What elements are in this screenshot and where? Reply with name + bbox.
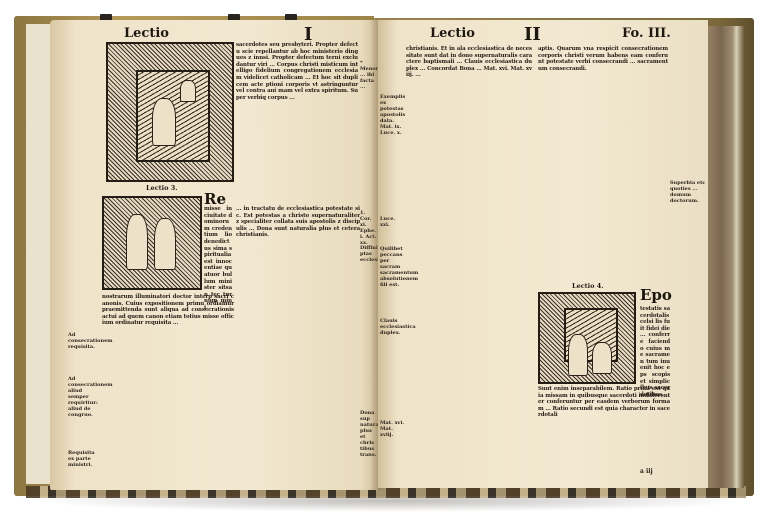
margin-note: Luce. xxi.: [380, 216, 406, 228]
running-head: Lectio: [124, 26, 169, 41]
text-column: misse in ciuitate dominorum credentium l…: [204, 206, 232, 292]
running-number: II: [524, 24, 541, 45]
margin-note: Mat. ix. Luce. x.: [380, 124, 406, 136]
fore-edge: [706, 26, 744, 488]
signature-mark: a iij: [640, 468, 653, 475]
margin-note: Ad consecrationem aliud semper requiritu…: [68, 376, 98, 418]
section-heading: Lectio 3.: [146, 184, 178, 192]
margin-note: Ad consecrationem requisita.: [68, 332, 98, 350]
book-photograph: Lectio I sacerdotes seu presbyteri. Prop…: [0, 0, 768, 525]
folio-number: Fo. III.: [622, 26, 671, 41]
initial-letter: Epo: [640, 286, 672, 304]
text-column: aptis. Quarum vna respicit consecratione…: [538, 46, 668, 282]
right-page: Lectio II Fo. III. christianis. Et in al…: [378, 20, 708, 488]
margin-note: Requisita ex parte ministri.: [68, 450, 98, 468]
woodcut-initial-illustration: [538, 292, 636, 384]
margin-note: Clauis ecclesiastica duplex.: [380, 318, 406, 336]
section-heading: Lectio 4.: [572, 282, 604, 290]
text-column: Sunt enim inseparabilem. Ratio primi est…: [538, 386, 670, 466]
text-column: testatis sacerdotalis celsi lis fuit fid…: [640, 306, 670, 386]
text-column: ... in tractatu de ecclesiastica potesta…: [236, 206, 360, 476]
margin-note: Mat. xvi. Mat. xviij.: [380, 420, 406, 438]
margin-note: Exemplis ex potestas apostolis data.: [380, 94, 406, 124]
woodcut-illustration-mass: [106, 42, 234, 182]
text-column: christianis. Et in ala ecclesiastica de …: [406, 46, 532, 476]
left-page: Lectio I sacerdotes seu presbyteri. Prop…: [50, 20, 378, 490]
running-head: Lectio: [430, 26, 475, 41]
margin-note: Quilibet peccans per sacram sacramentum …: [380, 246, 406, 288]
margin-note: Superbia etc quoties ... domum doctorum.: [670, 180, 706, 204]
woodcut-initial-illustration: [102, 196, 202, 290]
text-column: nostrarum illuminatori doctor interp sac…: [102, 294, 234, 478]
text-column: sacerdotes seu presbyteri. Propter defec…: [236, 42, 358, 202]
